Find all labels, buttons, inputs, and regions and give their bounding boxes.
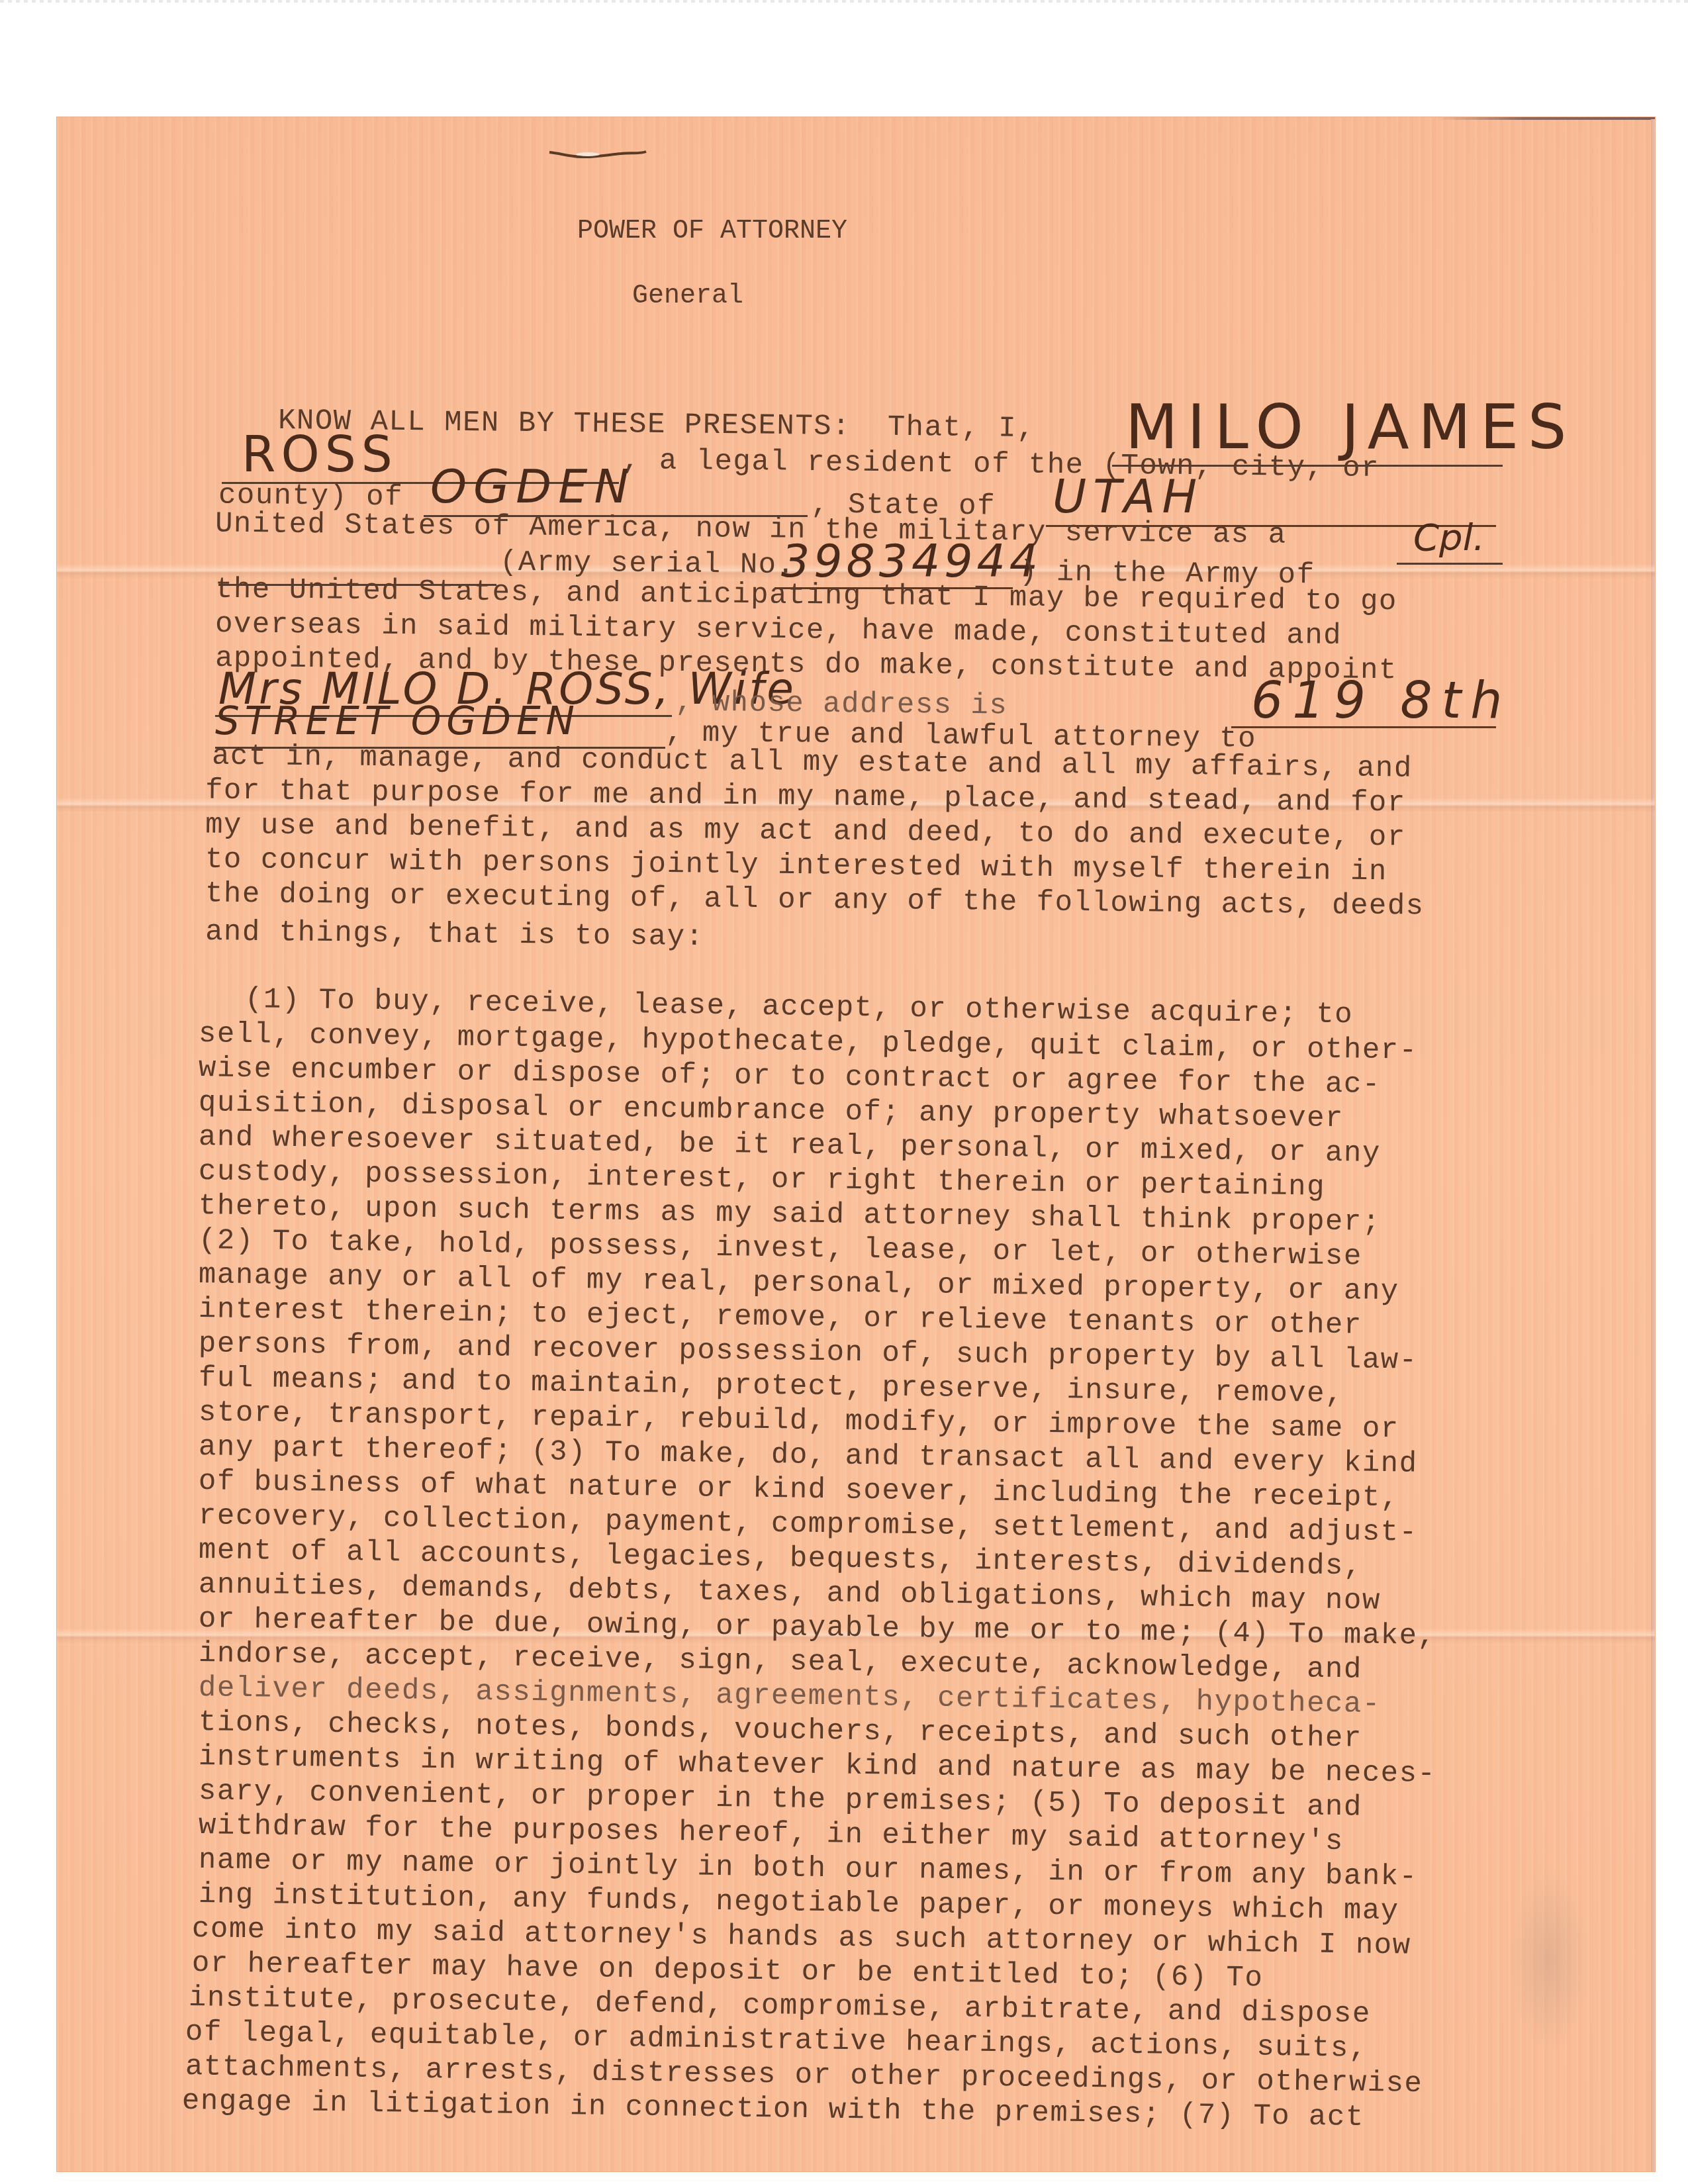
paper-edge-shadow (1651, 119, 1655, 2171)
staple-hole-mark (548, 150, 647, 159)
handwritten-address-street: STREET OGDEN (215, 702, 580, 740)
handwritten-state: UTAH (1053, 473, 1203, 520)
intro-line: (Army serial No. (500, 548, 796, 581)
intro-line: and things, that is to say: (205, 918, 704, 952)
intro-line: , whose address is (675, 688, 1008, 720)
handwritten-surname: ROSS (242, 430, 398, 479)
handwritten-city: OGDEN (430, 463, 635, 510)
fill-line (1397, 563, 1503, 565)
scan-border (0, 0, 1688, 3)
document-subtitle: General (632, 283, 743, 310)
fill-line (1231, 726, 1496, 728)
smudge (1509, 1867, 1589, 2052)
paper-edge-shadow (1436, 117, 1655, 120)
handwritten-rank: Cpl. (1413, 520, 1485, 557)
handwritten-first-names: MILO JAMES (1125, 397, 1576, 458)
intro-line: , a legal resident of the (Town, city, o… (622, 446, 1380, 483)
handwritten-address-number: 619 8th (1251, 675, 1512, 726)
handwritten-serial-number: 39834944 (781, 540, 1042, 585)
document-title: POWER OF ATTORNEY (577, 218, 847, 245)
